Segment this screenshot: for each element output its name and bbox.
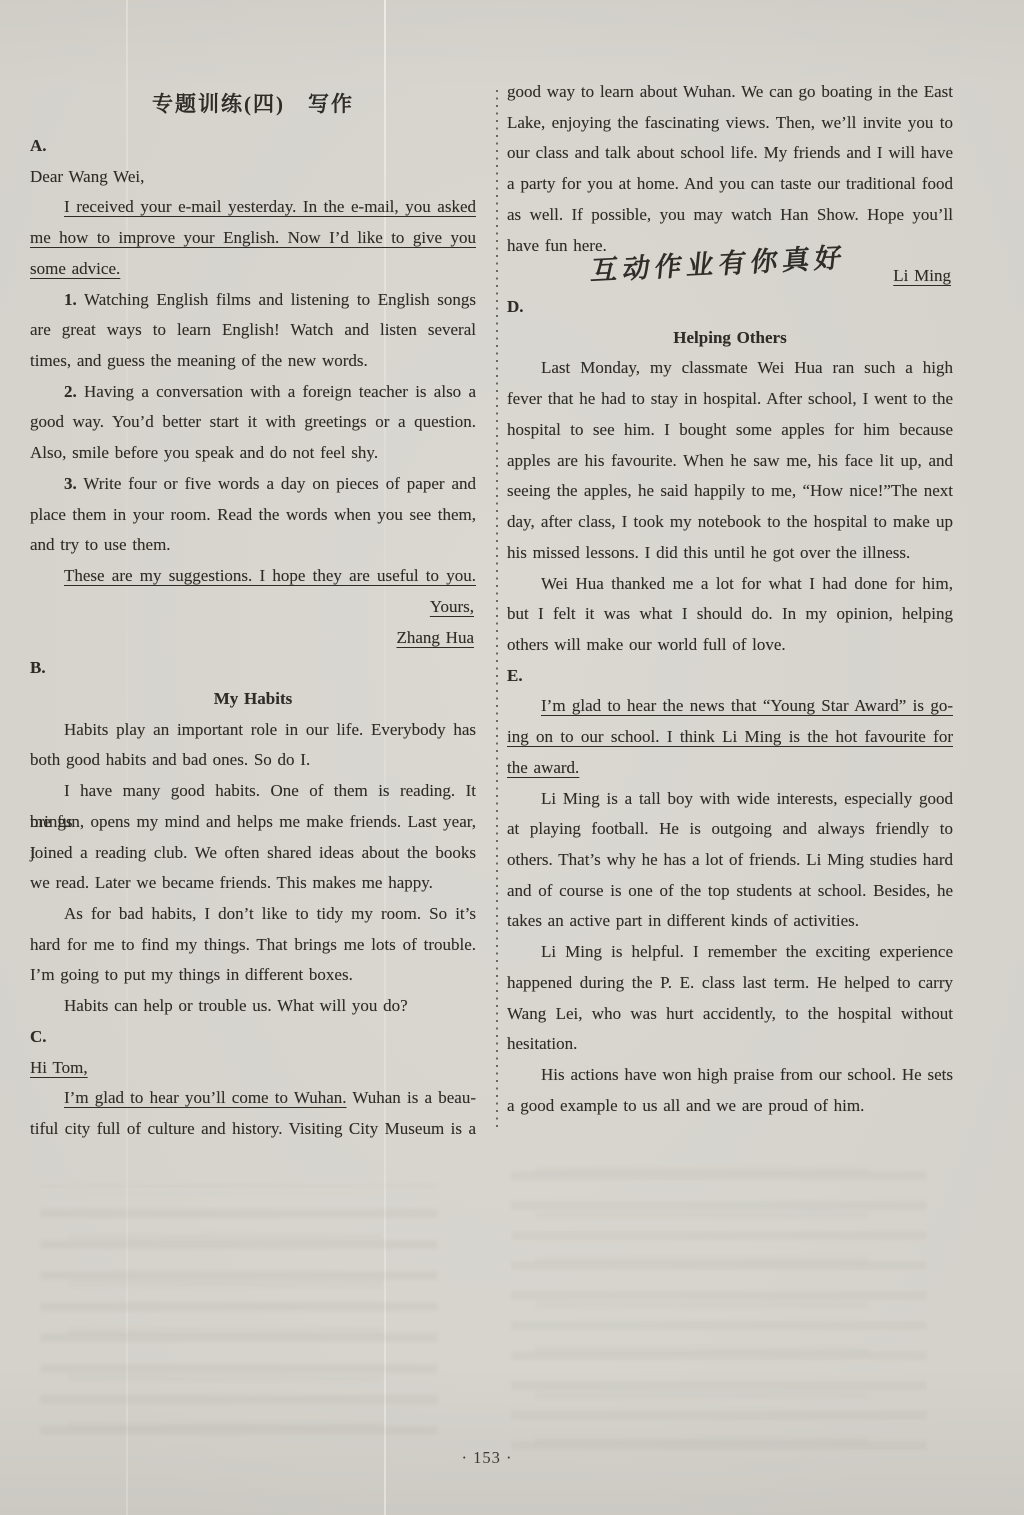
text-line: Li Ming is helpful. I remember the excit… <box>507 937 953 968</box>
text-line: tiful city full of culture and history. … <box>30 1114 476 1145</box>
text-line: others. That’s why he has a lot of frien… <box>507 845 953 876</box>
section-label: C. <box>30 1022 476 1053</box>
text-line: joined a reading club. We often shared i… <box>30 838 476 869</box>
text-line: we read. Later we became friends. This m… <box>30 868 476 899</box>
text-line: apples are his favourite. When he saw me… <box>507 446 953 477</box>
text-line: Last Monday, my classmate Wei Hua ran su… <box>507 353 953 384</box>
text-line: Habits can help or trouble us. What will… <box>30 991 476 1022</box>
text-line: our class and talk about school life. My… <box>507 138 953 169</box>
text-line: his missed lessons. I did this until he … <box>507 538 953 569</box>
left-column: A.Dear Wang Wei,I received your e-mail y… <box>30 131 476 1145</box>
text-line: ing on to our school. I think Li Ming is… <box>507 722 953 753</box>
text-line: me how to improve your English. Now I’d … <box>30 223 476 254</box>
text-line: place them in your room. Read the words … <box>30 500 476 531</box>
bleed-through-texture <box>28 1185 480 1435</box>
text-line: me fun, opens my mind and helps me make … <box>30 807 476 838</box>
text-line: As for bad habits, I don’t like to tidy … <box>30 899 476 930</box>
text-line: others will make our world full of love. <box>507 630 953 661</box>
right-column: 互动作业有你真好 good way to learn about Wuhan. … <box>507 77 953 1121</box>
text-line: 3. Write four or five words a day on pie… <box>30 469 476 500</box>
text-line: and of course is one of the top students… <box>507 876 953 907</box>
text-line: some advice. <box>30 254 476 285</box>
text-line: are great ways to learn English! Watch a… <box>30 315 476 346</box>
text-line: I have many good habits. One of them is … <box>30 776 476 807</box>
page-number: · 153 · <box>0 1448 974 1468</box>
text-line: 1. Watching English films and listening … <box>30 285 476 316</box>
text-line: Li Ming is a tall boy with wide interest… <box>507 784 953 815</box>
text-line: a party for you at home. And you can tas… <box>507 169 953 200</box>
text-line: hard for me to find my things. That brin… <box>30 930 476 961</box>
text-line: Wei Hua thanked me a lot for what I had … <box>507 569 953 600</box>
text-line: Also, smile before you speak and do not … <box>30 438 476 469</box>
text-line: but I felt it was what I should do. In m… <box>507 599 953 630</box>
essay-title: Helping Others <box>507 323 953 354</box>
text-line: times, and guess the meaning of the new … <box>30 346 476 377</box>
signature-line: Zhang Hua <box>30 623 476 654</box>
text-line: Lake, enjoying the fascinating views. Th… <box>507 108 953 139</box>
text-line: good way. You’d better start it with gre… <box>30 407 476 438</box>
text-line: His actions have won high praise from ou… <box>507 1060 953 1091</box>
text-line: and try to use them. <box>30 530 476 561</box>
text-line: I’m going to put my things in different … <box>30 960 476 991</box>
text-line: happened during the P. E. class last ter… <box>507 968 953 999</box>
text-line: at playing football. He is outgoing and … <box>507 814 953 845</box>
text-line: as well. If possible, you may watch Han … <box>507 200 953 231</box>
text-line: a good example to us all and we are prou… <box>507 1091 953 1122</box>
text-line: I’m glad to hear the news that “Young St… <box>507 691 953 722</box>
text-line: fever that he had to stay in hospital. A… <box>507 384 953 415</box>
text-line: hospital to see him. I bought some apple… <box>507 415 953 446</box>
essay-title: My Habits <box>30 684 476 715</box>
signature-line: Yours, <box>30 592 476 623</box>
text-line: seeing the apples, he said happily to me… <box>507 476 953 507</box>
text-line: good way to learn about Wuhan. We can go… <box>507 77 953 108</box>
text-line: day, after class, I took my notebook to … <box>507 507 953 538</box>
column-divider-dotted <box>496 90 498 1130</box>
text-line: both good habits and bad ones. So do I. <box>30 745 476 776</box>
scanned-workbook-page: { "page": { "title": "专题训练(四) 写作", "foot… <box>0 0 1024 1515</box>
section-label: E. <box>507 661 953 692</box>
text-line: hesitation. <box>507 1029 953 1060</box>
text-line: Wang Lei, who was hurt accidently, to th… <box>507 999 953 1030</box>
text-line: Hi Tom, <box>30 1053 476 1084</box>
text-line: These are my suggestions. I hope they ar… <box>30 561 476 592</box>
section-label: D. <box>507 292 953 323</box>
section-label: A. <box>30 131 476 162</box>
text-line: I received your e-mail yesterday. In the… <box>30 192 476 223</box>
text-line: the award. <box>507 753 953 784</box>
bleed-through-texture <box>505 1150 957 1450</box>
text-line: 2. Having a conversation with a foreign … <box>30 377 476 408</box>
page-title: 专题训练(四) 写作 <box>30 88 476 120</box>
text-line: takes an active part in different kinds … <box>507 906 953 937</box>
section-label: B. <box>30 653 476 684</box>
text-line: Habits play an important role in our lif… <box>30 715 476 746</box>
text-line: Dear Wang Wei, <box>30 162 476 193</box>
text-line: I’m glad to hear you’ll come to Wuhan. W… <box>30 1083 476 1114</box>
